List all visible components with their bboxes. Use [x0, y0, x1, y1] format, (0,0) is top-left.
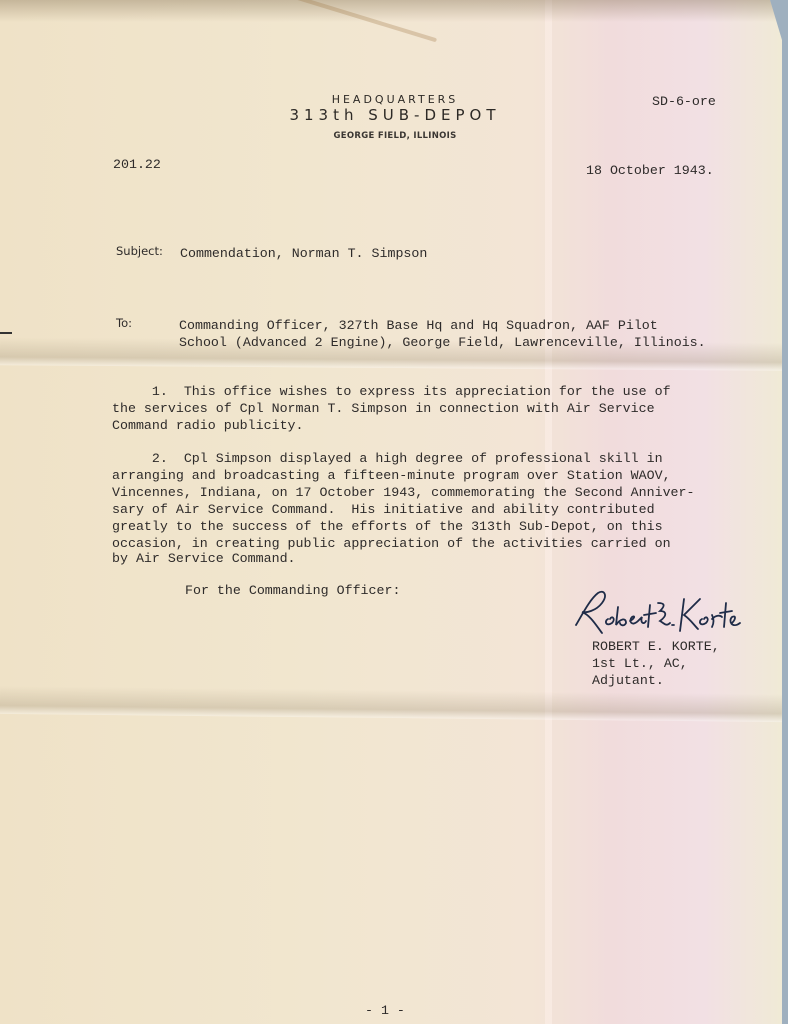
- letter-page: HEADQUARTERS 313th SUB-DEPOT GEORGE FIEL…: [0, 0, 782, 1024]
- paragraph-line: Vincennes, Indiana, on 17 October 1943, …: [112, 484, 695, 501]
- paper-fold-crease: [0, 686, 782, 722]
- letterhead-headquarters: HEADQUARTERS: [300, 93, 490, 106]
- paragraph-line: by Air Service Command.: [112, 550, 296, 567]
- signatory-rank: 1st Lt., AC,: [592, 655, 688, 672]
- paragraph-line: the services of Cpl Norman T. Simpson in…: [112, 400, 655, 417]
- closing-line: For the Commanding Officer:: [185, 582, 400, 599]
- letterhead-location: GEORGE FIELD, ILLINOIS: [300, 131, 490, 141]
- paragraph-line: arranging and broadcasting a fifteen-min…: [112, 467, 671, 484]
- signatory-title: Adjutant.: [592, 672, 664, 689]
- paragraph-line: Command radio publicity.: [112, 417, 304, 434]
- page-number: - 1 -: [365, 1002, 405, 1019]
- paper-stain: [283, 0, 437, 42]
- letter-date: 18 October 1943.: [586, 162, 714, 179]
- signatory-name: ROBERT E. KORTE,: [592, 638, 720, 655]
- to-line: School (Advanced 2 Engine), George Field…: [179, 334, 706, 351]
- paragraph-line: 2. Cpl Simpson displayed a high degree o…: [112, 450, 663, 467]
- to-line: Commanding Officer, 327th Base Hq and Hq…: [179, 317, 658, 334]
- to-label: To:: [116, 316, 132, 330]
- file-number: 201.22: [113, 156, 161, 173]
- paragraph-line: 1. This office wishes to express its app…: [112, 383, 671, 400]
- handwritten-signature: [568, 585, 748, 640]
- letterhead-unit: 313th SUB-DEPOT: [270, 106, 520, 124]
- paragraph-line: greatly to the success of the efforts of…: [112, 518, 663, 535]
- paragraph-line: sary of Air Service Command. His initiat…: [112, 501, 655, 518]
- reference-code: SD-6-ore: [652, 93, 716, 110]
- subject-label: Subject:: [116, 244, 163, 258]
- edge-mark: [0, 332, 12, 334]
- subject-text: Commendation, Norman T. Simpson: [180, 245, 427, 262]
